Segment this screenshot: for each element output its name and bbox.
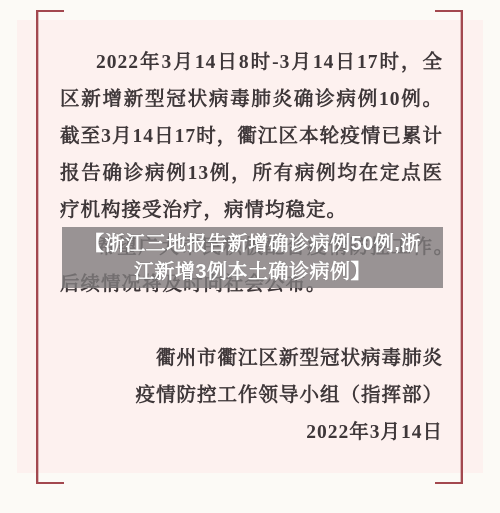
frame-corner-bottom-left (36, 482, 64, 484)
frame-right-rule (461, 10, 463, 484)
signature-date-line: 2022年3月14日 (60, 414, 443, 451)
notice-photo: 2022年3月14日8时-3月14日17时，全 区新增新型冠状病毒肺炎确诊病例1… (0, 0, 500, 513)
frame-corner-bottom-right (435, 482, 463, 484)
signature-block: 衢州市衢江区新型冠状病毒肺炎 疫情防控工作领导小组（指挥部） 2022年3月14… (60, 340, 443, 451)
document-line: 2022年3月14日8时-3月14日17时，全 (60, 44, 443, 81)
headline-banner: 【浙江三地报告新增确诊病例50例,浙 江新增3例本土确诊病例】 (62, 227, 443, 288)
frame-corner-top-right (435, 10, 463, 12)
headline-line: 江新增3例本土确诊病例】 (134, 258, 371, 286)
document-line: 报告确诊病例13例，所有病例均在定点医 (60, 155, 443, 192)
frame-corner-top-left (36, 10, 64, 12)
signature-org-line: 疫情防控工作领导小组（指挥部） (60, 377, 443, 414)
document-line: 截至3月14日17时，衢江区本轮疫情已累计 (60, 118, 443, 155)
document-line: 区新增新型冠状病毒肺炎确诊病例10例。 (60, 81, 443, 118)
frame-left-rule (36, 10, 38, 484)
document-line: 疗机构接受治疗，病情均稳定。 (60, 192, 443, 229)
headline-line: 【浙江三地报告新增确诊病例50例,浙 (84, 230, 421, 258)
signature-org-line: 衢州市衢江区新型冠状病毒肺炎 (60, 340, 443, 377)
